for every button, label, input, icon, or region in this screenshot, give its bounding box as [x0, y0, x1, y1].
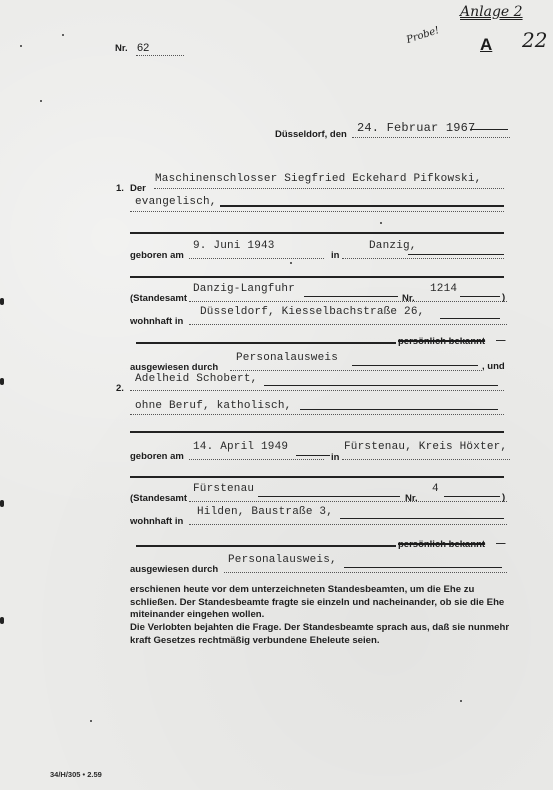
person1-birth-place: Danzig,: [369, 240, 417, 252]
fill-line: [352, 365, 478, 366]
person1-registry-label: (Standesamt: [130, 293, 187, 304]
person2-close-paren: ): [502, 492, 505, 503]
person2-birth-date: 14. April 1949: [193, 441, 288, 453]
person2-in-label: in: [331, 452, 339, 463]
person1-id-document: Personalausweis: [236, 352, 338, 364]
person1-residence-label: wohnhaft in: [130, 316, 183, 327]
letter-annotation: A: [480, 35, 492, 55]
speck: [290, 262, 292, 264]
fill-line: [304, 296, 398, 297]
person1-close-paren: ): [502, 292, 505, 303]
person2-name: Adelheid Schobert,: [135, 373, 257, 385]
date-fill: [470, 129, 508, 130]
speck: [90, 720, 92, 722]
person2-id-label: ausgewiesen durch: [130, 564, 218, 575]
fill-line: [296, 455, 330, 456]
edge-mark: [0, 500, 4, 507]
fill-line: [440, 318, 500, 319]
fill-line: [130, 232, 504, 234]
nr-value: 62: [137, 42, 149, 54]
body-paragraph-2: Die Verlobten bejahten die Frage. Der St…: [130, 622, 512, 647]
form-code: 34/H/305 • 2.59: [50, 770, 102, 779]
person2-birth-place: Fürstenau, Kreis Höxter,: [344, 441, 507, 453]
person1-id-label: ausgewiesen durch: [130, 362, 218, 373]
person1-birth-date: 9. Juni 1943: [193, 240, 275, 252]
body-paragraph-1: erschienen heute vor dem unterzeichneten…: [130, 584, 512, 622]
line: [130, 211, 504, 212]
person2-residence-label: wohnhaft in: [130, 516, 183, 527]
person2-known-struck: persönlich bekannt: [398, 539, 485, 550]
fill-line: [444, 496, 500, 497]
person2-occupation-religion: ohne Beruf, katholisch,: [135, 400, 291, 412]
speck: [20, 45, 22, 47]
person1-residence: Düsseldorf, Kiesselbachstraße 26,: [200, 306, 424, 318]
fill-line: [344, 567, 502, 568]
fill-line: [136, 545, 396, 547]
person1-and-label: , und: [482, 361, 505, 372]
date-line: [352, 137, 510, 138]
line: [130, 390, 504, 391]
line: [189, 324, 507, 325]
line: [230, 370, 482, 371]
nr-line: [136, 55, 184, 56]
fill-line: [130, 276, 504, 278]
person2-id-document: Personalausweis,: [228, 554, 337, 566]
fill-line: [130, 431, 504, 433]
line: [130, 414, 504, 415]
line: [189, 501, 507, 502]
line: [189, 301, 507, 302]
person2-born-label: geboren am: [130, 451, 184, 462]
edge-mark: [0, 298, 4, 305]
fill-line: [258, 496, 400, 497]
speck: [62, 34, 64, 36]
page-number-annotation: 22: [522, 28, 547, 52]
line: [189, 524, 507, 525]
fill-line: [460, 296, 500, 297]
person1-registry: Danzig-Langfuhr: [193, 283, 295, 295]
line: [154, 188, 504, 189]
edge-mark: [0, 617, 4, 624]
person2-nr-label: Nr.: [405, 493, 418, 504]
person1-registry-nr: 1214: [430, 283, 457, 295]
speck: [40, 100, 42, 102]
person1-born-label: geboren am: [130, 250, 184, 261]
edge-mark: [0, 378, 4, 385]
fill-line: [340, 518, 504, 519]
fill-line: [136, 342, 396, 344]
line: [189, 258, 324, 259]
person2-residence: Hilden, Baustraße 3,: [197, 506, 333, 518]
document-date: 24. Februar 1967: [357, 121, 475, 135]
place-label: Düsseldorf, den: [275, 129, 347, 140]
fill-line: [300, 409, 498, 410]
fill-line: [408, 254, 504, 255]
person2-dash: —: [496, 538, 506, 549]
fill-line: [220, 205, 504, 207]
person2-registry: Fürstenau: [193, 483, 254, 495]
nr-label: Nr.: [115, 43, 128, 54]
person1-number: 1.: [116, 183, 124, 194]
fill-line: [264, 385, 498, 386]
fill-line: [130, 476, 504, 478]
line: [342, 459, 510, 460]
person1-occupation-name: Maschinenschlosser Siegfried Eckehard Pi…: [155, 173, 481, 185]
person2-number: 2.: [116, 383, 124, 394]
line: [224, 572, 507, 573]
speck: [380, 222, 382, 224]
person1-article: Der: [130, 183, 146, 194]
person2-registry-label: (Standesamt: [130, 493, 187, 504]
probe-note: Probe!: [405, 25, 441, 46]
line: [342, 258, 504, 259]
person1-religion: evangelisch,: [135, 196, 217, 208]
line: [189, 459, 324, 460]
person1-nr-label: Nr.: [402, 293, 415, 304]
anlage-annotation: Anlage 2: [460, 4, 523, 20]
person1-known-struck: persönlich bekannt: [398, 336, 485, 347]
person1-dash: —: [496, 335, 506, 346]
person2-registry-nr: 4: [432, 483, 439, 495]
speck: [460, 700, 462, 702]
person1-in-label: in: [331, 250, 339, 261]
